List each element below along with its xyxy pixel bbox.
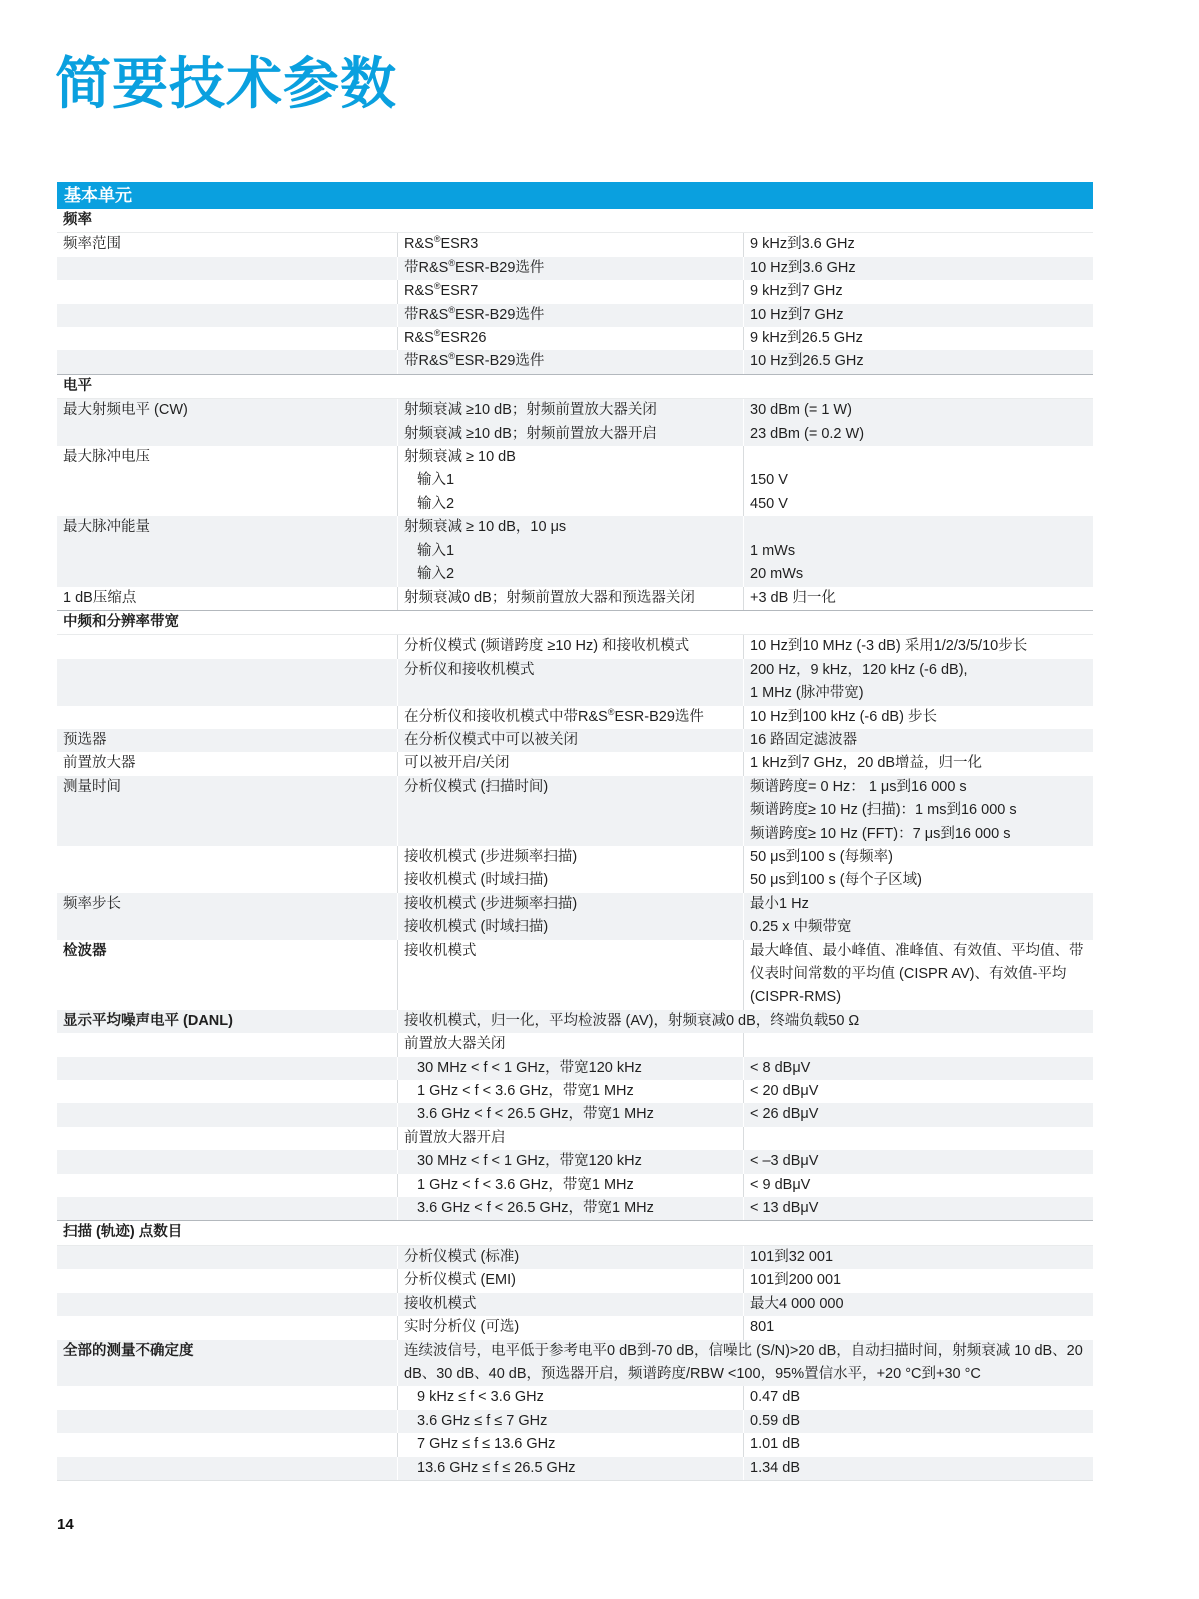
- cell-line: 显示平均噪声电平 (DANL): [63, 1010, 389, 1033]
- condition-cell: 分析仪模式 (标准): [397, 1246, 743, 1269]
- cell-line: 带R&S®ESR-B29选件: [404, 350, 735, 373]
- condition-cell: 实时分析仪 (可选): [397, 1316, 743, 1339]
- param-label: [57, 257, 397, 280]
- condition-cell: 带R&S®ESR-B29选件: [397, 350, 743, 373]
- param-label: [57, 706, 397, 729]
- condition-cell: 射频衰减 ≥ 10 dB输入1输入2: [397, 446, 743, 516]
- table-row: 30 MHz < f < 1 GHz，带宽120 kHz< –3 dBμV: [57, 1150, 1093, 1173]
- cell-line: 最大4 000 000: [750, 1293, 1085, 1316]
- table-row: 检波器接收机模式最大峰值、最小峰值、准峰值、有效值、平均值、带仪表时间常数的平均…: [57, 940, 1093, 1010]
- value-cell: < 26 dBμV: [743, 1103, 1093, 1126]
- cell-line: +3 dB 归一化: [750, 587, 1085, 610]
- cell-line: 0.47 dB: [750, 1386, 1085, 1409]
- cell-line: 频谱跨度≥ 10 Hz (FFT)：7 μs到16 000 s: [750, 823, 1085, 846]
- cell-line: < 20 dBμV: [750, 1080, 1085, 1103]
- cell-line: 分析仪和接收机模式: [404, 659, 735, 682]
- condition-cell: 7 GHz ≤ f ≤ 13.6 GHz: [397, 1433, 743, 1456]
- page-number: 14: [57, 1516, 74, 1533]
- table-row: 1 GHz < f < 3.6 GHz，带宽1 MHz< 9 dBμV: [57, 1174, 1093, 1197]
- param-label: [57, 1103, 397, 1126]
- cell-line: [750, 446, 1085, 469]
- cell-line: 前置放大器开启: [404, 1127, 735, 1150]
- cell-line: 射频衰减 ≥ 10 dB: [404, 446, 735, 469]
- cell-line: 1 kHz到7 GHz，20 dB增益，归一化: [750, 752, 1085, 775]
- value-cell: 101到200 001: [743, 1269, 1093, 1292]
- condition-cell: 1 GHz < f < 3.6 GHz，带宽1 MHz: [397, 1174, 743, 1197]
- cell-line: 前置放大器: [63, 752, 389, 775]
- param-label: [57, 659, 397, 706]
- cell-line: 7 GHz ≤ f ≤ 13.6 GHz: [404, 1433, 735, 1456]
- cell-line: 10 Hz到26.5 GHz: [750, 350, 1085, 373]
- value-cell: < 20 dBμV: [743, 1080, 1093, 1103]
- param-label: [57, 1197, 397, 1220]
- cell-line: 接收机模式，归一化，平均检波器 (AV)，射频衰减0 dB，终端负载50 Ω: [404, 1010, 1085, 1033]
- table-row: 9 kHz ≤ f < 3.6 GHz0.47 dB: [57, 1386, 1093, 1409]
- param-label: [57, 1033, 397, 1056]
- cell-line: 20 mWs: [750, 563, 1085, 586]
- cell-line: 9 kHz到26.5 GHz: [750, 327, 1085, 350]
- cell-line: 10 Hz到3.6 GHz: [750, 257, 1085, 280]
- table-row: 7 GHz ≤ f ≤ 13.6 GHz1.01 dB: [57, 1433, 1093, 1456]
- table-row: 带R&S®ESR-B29选件10 Hz到7 GHz: [57, 304, 1093, 327]
- cell-line: 50 μs到100 s (每个子区域): [750, 869, 1085, 892]
- param-label: [57, 1080, 397, 1103]
- cell-line: 带R&S®ESR-B29选件: [404, 304, 735, 327]
- cell-line: 输入1: [404, 540, 735, 563]
- cell-line: 频率步长: [63, 893, 389, 916]
- cell-line: < 26 dBμV: [750, 1103, 1085, 1126]
- table-row: 分析仪模式 (频谱跨度 ≥10 Hz) 和接收机模式10 Hz到10 MHz (…: [57, 635, 1093, 658]
- param-label: 检波器: [57, 940, 397, 1010]
- cell-line: [750, 516, 1085, 539]
- value-cell: 150 V450 V: [743, 446, 1093, 516]
- table-row: 在分析仪和接收机模式中带R&S®ESR-B29选件10 Hz到100 kHz (…: [57, 706, 1093, 729]
- value-cell: +3 dB 归一化: [743, 587, 1093, 610]
- param-label: [57, 846, 397, 893]
- cell-line: 9 kHz到7 GHz: [750, 280, 1085, 303]
- value-cell: [743, 1127, 1093, 1150]
- condition-span-cell: 连续波信号，电平低于参考电平0 dB到-70 dB，信噪比 (S/N)>20 d…: [397, 1340, 1093, 1387]
- cell-line: 10 Hz到100 kHz (-6 dB) 步长: [750, 706, 1085, 729]
- table-row: 频率范围R&S®ESR39 kHz到3.6 GHz: [57, 233, 1093, 256]
- param-label: [57, 327, 397, 350]
- table-row: 分析仪模式 (标准)101到32 001: [57, 1246, 1093, 1269]
- cell-line: 1.34 dB: [750, 1457, 1085, 1480]
- cell-line: 射频衰减 ≥10 dB；射频前置放大器开启: [404, 423, 735, 446]
- value-cell: 频谱跨度= 0 Hz： 1 μs到16 000 s频谱跨度≥ 10 Hz (扫描…: [743, 776, 1093, 846]
- table-row: 前置放大器开启: [57, 1127, 1093, 1150]
- cell-line: 射频衰减0 dB；射频前置放大器和预选器关闭: [404, 587, 735, 610]
- cell-line: 检波器: [63, 940, 389, 963]
- param-label: [57, 350, 397, 373]
- cell-line: 0.25 x 中频带宽: [750, 916, 1085, 939]
- cell-line: 30 dBm (= 1 W): [750, 399, 1085, 422]
- table-row: 频率步长接收机模式 (步进频率扫描)接收机模式 (时域扫描)最小1 Hz0.25…: [57, 893, 1093, 940]
- cell-line: 频率: [63, 209, 389, 232]
- cell-line: 扫描 (轨迹) 点数目: [63, 1221, 389, 1244]
- condition-cell: 带R&S®ESR-B29选件: [397, 257, 743, 280]
- condition-cell: 在分析仪模式中可以被关闭: [397, 729, 743, 752]
- cell-line: 射频衰减 ≥ 10 dB，10 μs: [404, 516, 735, 539]
- condition-cell: 30 MHz < f < 1 GHz，带宽120 kHz: [397, 1150, 743, 1173]
- cell-line: 30 MHz < f < 1 GHz，带宽120 kHz: [404, 1150, 735, 1173]
- value-cell: < 13 dBμV: [743, 1197, 1093, 1220]
- table-row: 前置放大器关闭: [57, 1033, 1093, 1056]
- value-cell: 最大峰值、最小峰值、准峰值、有效值、平均值、带仪表时间常数的平均值 (CISPR…: [743, 940, 1093, 1010]
- param-label: [57, 1293, 397, 1316]
- value-cell: 16 路固定滤波器: [743, 729, 1093, 752]
- table-row: 前置放大器可以被开启/关闭1 kHz到7 GHz，20 dB增益，归一化: [57, 752, 1093, 775]
- cell-line: < 13 dBμV: [750, 1197, 1085, 1220]
- cell-line: 输入2: [404, 563, 735, 586]
- cell-line: 接收机模式: [404, 940, 735, 963]
- param-label: [57, 304, 397, 327]
- cell-line: [750, 1127, 1085, 1150]
- table-row: 实时分析仪 (可选)801: [57, 1316, 1093, 1339]
- cell-line: 16 路固定滤波器: [750, 729, 1085, 752]
- cell-line: 0.59 dB: [750, 1410, 1085, 1433]
- param-label: [57, 1150, 397, 1173]
- cell-line: 可以被开启/关闭: [404, 752, 735, 775]
- value-cell: 801: [743, 1316, 1093, 1339]
- param-label: [57, 1057, 397, 1080]
- table-row: 13.6 GHz ≤ f ≤ 26.5 GHz1.34 dB: [57, 1457, 1093, 1480]
- condition-cell: 1 GHz < f < 3.6 GHz，带宽1 MHz: [397, 1080, 743, 1103]
- cell-line: 频谱跨度= 0 Hz： 1 μs到16 000 s: [750, 776, 1085, 799]
- table-row: R&S®ESR79 kHz到7 GHz: [57, 280, 1093, 303]
- cell-line: 1 GHz < f < 3.6 GHz，带宽1 MHz: [404, 1080, 735, 1103]
- condition-span-cell: 接收机模式，归一化，平均检波器 (AV)，射频衰减0 dB，终端负载50 Ω: [397, 1010, 1093, 1033]
- cell-line: 200 Hz，9 kHz，120 kHz (-6 dB),: [750, 659, 1085, 682]
- condition-cell: 前置放大器开启: [397, 1127, 743, 1150]
- datasheet-page: 简要技术参数 基本单元 频率频率范围R&S®ESR39 kHz到3.6 GHz带…: [0, 0, 1199, 1599]
- cell-line: 30 MHz < f < 1 GHz，带宽120 kHz: [404, 1057, 735, 1080]
- param-label: [57, 635, 397, 658]
- cell-line: 9 kHz到3.6 GHz: [750, 233, 1085, 256]
- cell-line: R&S®ESR3: [404, 233, 735, 256]
- value-cell: 10 Hz到7 GHz: [743, 304, 1093, 327]
- table-row: 分析仪模式 (EMI)101到200 001: [57, 1269, 1093, 1292]
- cell-line: 输入1: [404, 469, 735, 492]
- cell-line: 50 μs到100 s (每频率): [750, 846, 1085, 869]
- section-label: 扫描 (轨迹) 点数目: [57, 1221, 397, 1244]
- cell-line: 接收机模式: [404, 1293, 735, 1316]
- value-cell: 最小1 Hz0.25 x 中频带宽: [743, 893, 1093, 940]
- cell-line: 最大峰值、最小峰值、准峰值、有效值、平均值、带仪表时间常数的平均值 (CISPR…: [750, 940, 1085, 1010]
- section-label: 频率: [57, 209, 397, 232]
- value-cell: 9 kHz到26.5 GHz: [743, 327, 1093, 350]
- cell-line: 射频衰减 ≥10 dB；射频前置放大器关闭: [404, 399, 735, 422]
- value-cell: [743, 1033, 1093, 1056]
- cell-line: 1.01 dB: [750, 1433, 1085, 1456]
- table-row: 测量时间分析仪模式 (扫描时间)频谱跨度= 0 Hz： 1 μs到16 000 …: [57, 776, 1093, 846]
- value-cell: 1.01 dB: [743, 1433, 1093, 1456]
- cell-line: 在分析仪模式中可以被关闭: [404, 729, 735, 752]
- condition-cell: 9 kHz ≤ f < 3.6 GHz: [397, 1386, 743, 1409]
- value-cell: 101到32 001: [743, 1246, 1093, 1269]
- cell-line: 电平: [63, 375, 389, 398]
- cell-line: < 9 dBμV: [750, 1174, 1085, 1197]
- cell-line: < –3 dBμV: [750, 1150, 1085, 1173]
- table-row: 分析仪和接收机模式200 Hz，9 kHz，120 kHz (-6 dB),1 …: [57, 659, 1093, 706]
- value-cell: 200 Hz，9 kHz，120 kHz (-6 dB),1 MHz (脉冲带宽…: [743, 659, 1093, 706]
- value-cell: < 8 dBμV: [743, 1057, 1093, 1080]
- condition-cell: 30 MHz < f < 1 GHz，带宽120 kHz: [397, 1057, 743, 1080]
- table-row: 3.6 GHz < f < 26.5 GHz，带宽1 MHz< 13 dBμV: [57, 1197, 1093, 1220]
- param-label: 最大脉冲能量: [57, 516, 397, 586]
- value-cell: 1 mWs20 mWs: [743, 516, 1093, 586]
- value-cell: < –3 dBμV: [743, 1150, 1093, 1173]
- table-row: R&S®ESR269 kHz到26.5 GHz: [57, 327, 1093, 350]
- cell-line: R&S®ESR26: [404, 327, 735, 350]
- table-row: 接收机模式最大4 000 000: [57, 1293, 1093, 1316]
- page-title: 简要技术参数: [55, 40, 397, 120]
- value-cell: 10 Hz到100 kHz (-6 dB) 步长: [743, 706, 1093, 729]
- cell-line: 接收机模式 (步进频率扫描): [404, 893, 735, 916]
- cell-line: 接收机模式 (步进频率扫描): [404, 846, 735, 869]
- condition-cell: 分析仪模式 (EMI): [397, 1269, 743, 1292]
- table-row: 接收机模式 (步进频率扫描)接收机模式 (时域扫描)50 μs到100 s (每…: [57, 846, 1093, 893]
- condition-cell: 前置放大器关闭: [397, 1033, 743, 1056]
- param-label: [57, 1410, 397, 1433]
- cell-line: 在分析仪和接收机模式中带R&S®ESR-B29选件: [404, 706, 735, 729]
- spec-table-body: 频率频率范围R&S®ESR39 kHz到3.6 GHz带R&S®ESR-B29选…: [57, 209, 1093, 1480]
- section-header-row: 扫描 (轨迹) 点数目: [57, 1220, 1093, 1245]
- cell-line: < 8 dBμV: [750, 1057, 1085, 1080]
- condition-cell: 分析仪和接收机模式: [397, 659, 743, 706]
- table-row: 30 MHz < f < 1 GHz，带宽120 kHz< 8 dBμV: [57, 1057, 1093, 1080]
- cell-line: R&S®ESR7: [404, 280, 735, 303]
- value-cell: 10 Hz到3.6 GHz: [743, 257, 1093, 280]
- condition-cell: 3.6 GHz ≤ f ≤ 7 GHz: [397, 1410, 743, 1433]
- table-header-bar: 基本单元: [57, 182, 1093, 209]
- param-label: [57, 1433, 397, 1456]
- section-header-row: 中频和分辨率带宽: [57, 610, 1093, 635]
- cell-line: 最大脉冲能量: [63, 516, 389, 539]
- condition-cell: 接收机模式 (步进频率扫描)接收机模式 (时域扫描): [397, 846, 743, 893]
- cell-line: 3.6 GHz < f < 26.5 GHz，带宽1 MHz: [404, 1197, 735, 1220]
- cell-line: 最小1 Hz: [750, 893, 1085, 916]
- table-row: 3.6 GHz ≤ f ≤ 7 GHz0.59 dB: [57, 1410, 1093, 1433]
- section-header-row: 频率: [57, 209, 1093, 233]
- param-label: 显示平均噪声电平 (DANL): [57, 1010, 397, 1033]
- cell-line: 预选器: [63, 729, 389, 752]
- param-label: [57, 1127, 397, 1150]
- value-cell: 1.34 dB: [743, 1457, 1093, 1480]
- cell-line: 接收机模式 (时域扫描): [404, 916, 735, 939]
- cell-line: 实时分析仪 (可选): [404, 1316, 735, 1339]
- cell-line: 1 MHz (脉冲带宽): [750, 682, 1085, 705]
- table-row: 3.6 GHz < f < 26.5 GHz，带宽1 MHz< 26 dBμV: [57, 1103, 1093, 1126]
- condition-cell: R&S®ESR7: [397, 280, 743, 303]
- value-cell: < 9 dBμV: [743, 1174, 1093, 1197]
- value-cell: 50 μs到100 s (每频率)50 μs到100 s (每个子区域): [743, 846, 1093, 893]
- cell-line: 3.6 GHz ≤ f ≤ 7 GHz: [404, 1410, 735, 1433]
- param-label: 前置放大器: [57, 752, 397, 775]
- param-label: [57, 1457, 397, 1480]
- condition-cell: 分析仪模式 (扫描时间): [397, 776, 743, 846]
- cell-line: 频谱跨度≥ 10 Hz (扫描)：1 ms到16 000 s: [750, 799, 1085, 822]
- param-label: [57, 1386, 397, 1409]
- section-header-row: 电平: [57, 374, 1093, 399]
- condition-cell: 带R&S®ESR-B29选件: [397, 304, 743, 327]
- condition-cell: 接收机模式: [397, 1293, 743, 1316]
- table-row: 1 GHz < f < 3.6 GHz，带宽1 MHz< 20 dBμV: [57, 1080, 1093, 1103]
- cell-line: 9 kHz ≤ f < 3.6 GHz: [404, 1386, 735, 1409]
- value-cell: 30 dBm (= 1 W)23 dBm (= 0.2 W): [743, 399, 1093, 446]
- cell-line: 中频和分辨率带宽: [63, 611, 389, 634]
- cell-line: 最大脉冲电压: [63, 446, 389, 469]
- param-label: 频率范围: [57, 233, 397, 256]
- param-label: 最大脉冲电压: [57, 446, 397, 516]
- table-row: 预选器在分析仪模式中可以被关闭16 路固定滤波器: [57, 729, 1093, 752]
- section-label: 中频和分辨率带宽: [57, 611, 397, 634]
- condition-cell: 接收机模式: [397, 940, 743, 1010]
- cell-line: 最大射频电平 (CW): [63, 399, 389, 422]
- cell-line: 23 dBm (= 0.2 W): [750, 423, 1085, 446]
- param-label: [57, 1316, 397, 1339]
- condition-cell: 射频衰减0 dB；射频前置放大器和预选器关闭: [397, 587, 743, 610]
- cell-line: [750, 1033, 1085, 1056]
- condition-cell: 射频衰减 ≥10 dB；射频前置放大器关闭射频衰减 ≥10 dB；射频前置放大器…: [397, 399, 743, 446]
- cell-line: 测量时间: [63, 776, 389, 799]
- condition-cell: 3.6 GHz < f < 26.5 GHz，带宽1 MHz: [397, 1103, 743, 1126]
- cell-line: 10 Hz到7 GHz: [750, 304, 1085, 327]
- cell-line: 前置放大器关闭: [404, 1033, 735, 1056]
- param-label: 最大射频电平 (CW): [57, 399, 397, 446]
- table-row: 1 dB压缩点射频衰减0 dB；射频前置放大器和预选器关闭+3 dB 归一化: [57, 587, 1093, 610]
- cell-line: 1 GHz < f < 3.6 GHz，带宽1 MHz: [404, 1174, 735, 1197]
- value-cell: 10 Hz到10 MHz (-3 dB) 采用1/2/3/5/10步长: [743, 635, 1093, 658]
- value-cell: 9 kHz到7 GHz: [743, 280, 1093, 303]
- table-row: 最大脉冲电压射频衰减 ≥ 10 dB输入1输入2 150 V450 V: [57, 446, 1093, 516]
- param-label: [57, 1269, 397, 1292]
- cell-line: 101到200 001: [750, 1269, 1085, 1292]
- section-label: 电平: [57, 375, 397, 398]
- cell-line: 801: [750, 1316, 1085, 1339]
- param-label: [57, 280, 397, 303]
- param-label: 全部的测量不确定度: [57, 1340, 397, 1387]
- table-row: 最大脉冲能量射频衰减 ≥ 10 dB，10 μs输入1输入2 1 mWs20 m…: [57, 516, 1093, 586]
- condition-cell: 13.6 GHz ≤ f ≤ 26.5 GHz: [397, 1457, 743, 1480]
- cell-line: 1 dB压缩点: [63, 587, 389, 610]
- cell-line: 频率范围: [63, 233, 389, 256]
- condition-cell: 分析仪模式 (频谱跨度 ≥10 Hz) 和接收机模式: [397, 635, 743, 658]
- param-label: 1 dB压缩点: [57, 587, 397, 610]
- cell-line: 全部的测量不确定度: [63, 1340, 389, 1363]
- condition-cell: R&S®ESR3: [397, 233, 743, 256]
- condition-cell: 在分析仪和接收机模式中带R&S®ESR-B29选件: [397, 706, 743, 729]
- spec-table: 基本单元 频率频率范围R&S®ESR39 kHz到3.6 GHz带R&S®ESR…: [57, 182, 1093, 1481]
- condition-cell: 接收机模式 (步进频率扫描)接收机模式 (时域扫描): [397, 893, 743, 940]
- spanning-row: 显示平均噪声电平 (DANL)接收机模式，归一化，平均检波器 (AV)，射频衰减…: [57, 1010, 1093, 1033]
- cell-line: 分析仪模式 (EMI): [404, 1269, 735, 1292]
- param-label: 预选器: [57, 729, 397, 752]
- cell-line: 13.6 GHz ≤ f ≤ 26.5 GHz: [404, 1457, 735, 1480]
- cell-line: 1 mWs: [750, 540, 1085, 563]
- cell-line: 450 V: [750, 493, 1085, 516]
- spanning-row: 全部的测量不确定度连续波信号，电平低于参考电平0 dB到-70 dB，信噪比 (…: [57, 1340, 1093, 1387]
- value-cell: 0.59 dB: [743, 1410, 1093, 1433]
- condition-cell: R&S®ESR26: [397, 327, 743, 350]
- cell-line: 10 Hz到10 MHz (-3 dB) 采用1/2/3/5/10步长: [750, 635, 1085, 658]
- table-row: 带R&S®ESR-B29选件10 Hz到3.6 GHz: [57, 257, 1093, 280]
- cell-line: 输入2: [404, 493, 735, 516]
- condition-cell: 射频衰减 ≥ 10 dB，10 μs输入1输入2: [397, 516, 743, 586]
- cell-line: 连续波信号，电平低于参考电平0 dB到-70 dB，信噪比 (S/N)>20 d…: [404, 1340, 1085, 1387]
- value-cell: 9 kHz到3.6 GHz: [743, 233, 1093, 256]
- cell-line: 分析仪模式 (扫描时间): [404, 776, 735, 799]
- condition-cell: 3.6 GHz < f < 26.5 GHz，带宽1 MHz: [397, 1197, 743, 1220]
- param-label: 频率步长: [57, 893, 397, 940]
- table-row: 最大射频电平 (CW)射频衰减 ≥10 dB；射频前置放大器关闭射频衰减 ≥10…: [57, 399, 1093, 446]
- param-label: [57, 1174, 397, 1197]
- table-row: 带R&S®ESR-B29选件10 Hz到26.5 GHz: [57, 350, 1093, 373]
- cell-line: 带R&S®ESR-B29选件: [404, 257, 735, 280]
- value-cell: 10 Hz到26.5 GHz: [743, 350, 1093, 373]
- value-cell: 0.47 dB: [743, 1386, 1093, 1409]
- cell-line: 分析仪模式 (频谱跨度 ≥10 Hz) 和接收机模式: [404, 635, 735, 658]
- condition-cell: 可以被开启/关闭: [397, 752, 743, 775]
- value-cell: 1 kHz到7 GHz，20 dB增益，归一化: [743, 752, 1093, 775]
- value-cell: 最大4 000 000: [743, 1293, 1093, 1316]
- param-label: [57, 1246, 397, 1269]
- cell-line: 分析仪模式 (标准): [404, 1246, 735, 1269]
- cell-line: 101到32 001: [750, 1246, 1085, 1269]
- param-label: 测量时间: [57, 776, 397, 846]
- cell-line: 3.6 GHz < f < 26.5 GHz，带宽1 MHz: [404, 1103, 735, 1126]
- cell-line: 150 V: [750, 469, 1085, 492]
- cell-line: 接收机模式 (时域扫描): [404, 869, 735, 892]
